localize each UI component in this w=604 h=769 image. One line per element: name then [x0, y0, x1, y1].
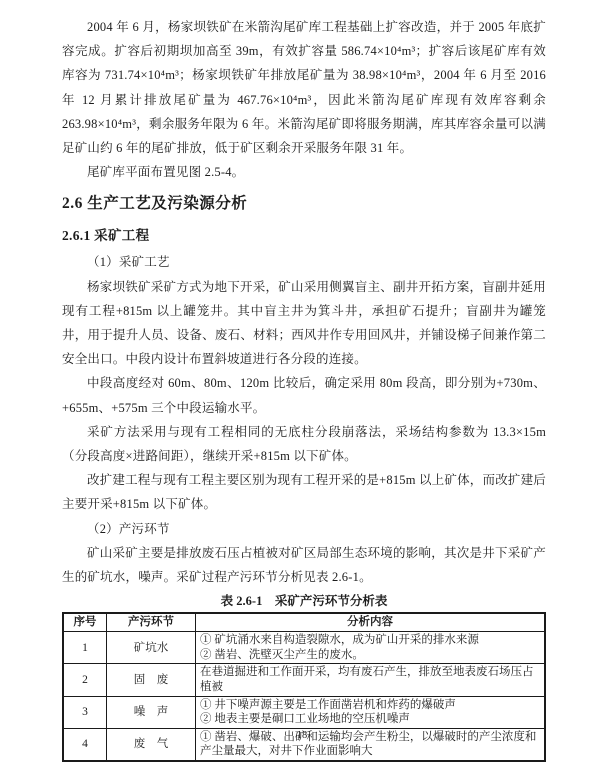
table-row-mine-water: 1 矿坑水 ① 矿坑涌水来自构造裂隙水，成为矿山开采的排水来源 ② 凿岩、洗壁灭… [63, 632, 545, 664]
table-title: 表 2.6-1 采矿产污环节分析表 [62, 591, 546, 611]
cell-pollution-stage: 噪 声 [106, 696, 195, 728]
section-heading-2-6: 2.6 生产工艺及污染源分析 [62, 190, 546, 217]
subsection-heading-2-6-1: 2.6.1 采矿工程 [62, 223, 546, 248]
table-row-solid-waste: 2 固 废 在巷道掘进和工作面开采，均有废石产生，排放至地表废石场压占植被 [63, 664, 545, 696]
table-header-row: 序号 产污环节 分析内容 [63, 613, 545, 632]
cell-row-no: 3 [63, 696, 106, 728]
cell-row-no: 2 [63, 664, 106, 696]
paragraph-stoping-method: 采矿方法采用与现有工程相同的无底柱分段崩落法，采场结构参数为 13.3×15m（… [62, 420, 546, 468]
cell-analysis-content: 在巷道掘进和工作面开采，均有废石产生，排放至地表废石场压占植被 [196, 664, 545, 696]
table-row-noise: 3 噪 声 ① 井下噪声源主要是工作面凿岩机和炸药的爆破声 ② 地表主要是硐口工… [63, 696, 545, 728]
paragraph-expansion-difference: 改扩建工程与现有工程主要区别为现有工程开采的是+815m 以上矿体，而改扩建后主… [62, 468, 546, 516]
document-page: 2004 年 6 月，杨家坝铁矿在米箭沟尾矿库工程基础上扩容改造，并于 2005… [0, 0, 604, 769]
paragraph-level-height: 中段高度经对 60m、80m、120m 比较后，确定采用 80m 段高，即分别为… [62, 371, 546, 419]
cell-analysis-content: ① 井下噪声源主要是工作面凿岩机和炸药的爆破声 ② 地表主要是硐口工业场地的空压… [196, 696, 545, 728]
cell-pollution-stage: 矿坑水 [106, 632, 195, 664]
paragraph-mining-process-label: （1）采矿工艺 [62, 250, 546, 274]
paragraph-tailings-capacity: 2004 年 6 月，杨家坝铁矿在米箭沟尾矿库工程基础上扩容改造，并于 2005… [62, 15, 546, 160]
column-header-no: 序号 [63, 613, 106, 632]
cell-row-no: 1 [63, 632, 106, 664]
analysis-line: 在巷道掘进和工作面开采，均有废石产生，排放至地表废石场压占植被 [200, 665, 540, 694]
cell-pollution-stage: 固 废 [106, 664, 195, 696]
analysis-line: ① 矿坑涌水来自构造裂隙水，成为矿山开采的排水来源 [200, 633, 540, 648]
page-number: 18 [0, 730, 604, 741]
paragraph-pollution-summary: 矿山采矿主要是排放废石压占植被对矿区局部生态环境的影响，其次是井下采矿产生的矿坑… [62, 541, 546, 589]
paragraph-tailings-layout-ref: 尾矿库平面布置见图 2.5-4。 [62, 160, 546, 184]
analysis-line: ② 地表主要是硐口工业场地的空压机噪声 [200, 712, 540, 727]
paragraph-mining-method: 杨家坝铁矿采矿方式为地下开采，矿山采用侧翼盲主、副井开拓方案，盲副井延用现有工程… [62, 275, 546, 372]
column-header-stage: 产污环节 [106, 613, 195, 632]
paragraph-pollution-stage-label: （2）产污环节 [62, 517, 546, 541]
analysis-line: ② 凿岩、洗壁灭尘产生的废水。 [200, 648, 540, 663]
cell-analysis-content: ① 矿坑涌水来自构造裂隙水，成为矿山开采的排水来源 ② 凿岩、洗壁灭尘产生的废水… [196, 632, 545, 664]
analysis-line: ① 井下噪声源主要是工作面凿岩机和炸药的爆破声 [200, 698, 540, 713]
column-header-analysis: 分析内容 [196, 613, 545, 632]
